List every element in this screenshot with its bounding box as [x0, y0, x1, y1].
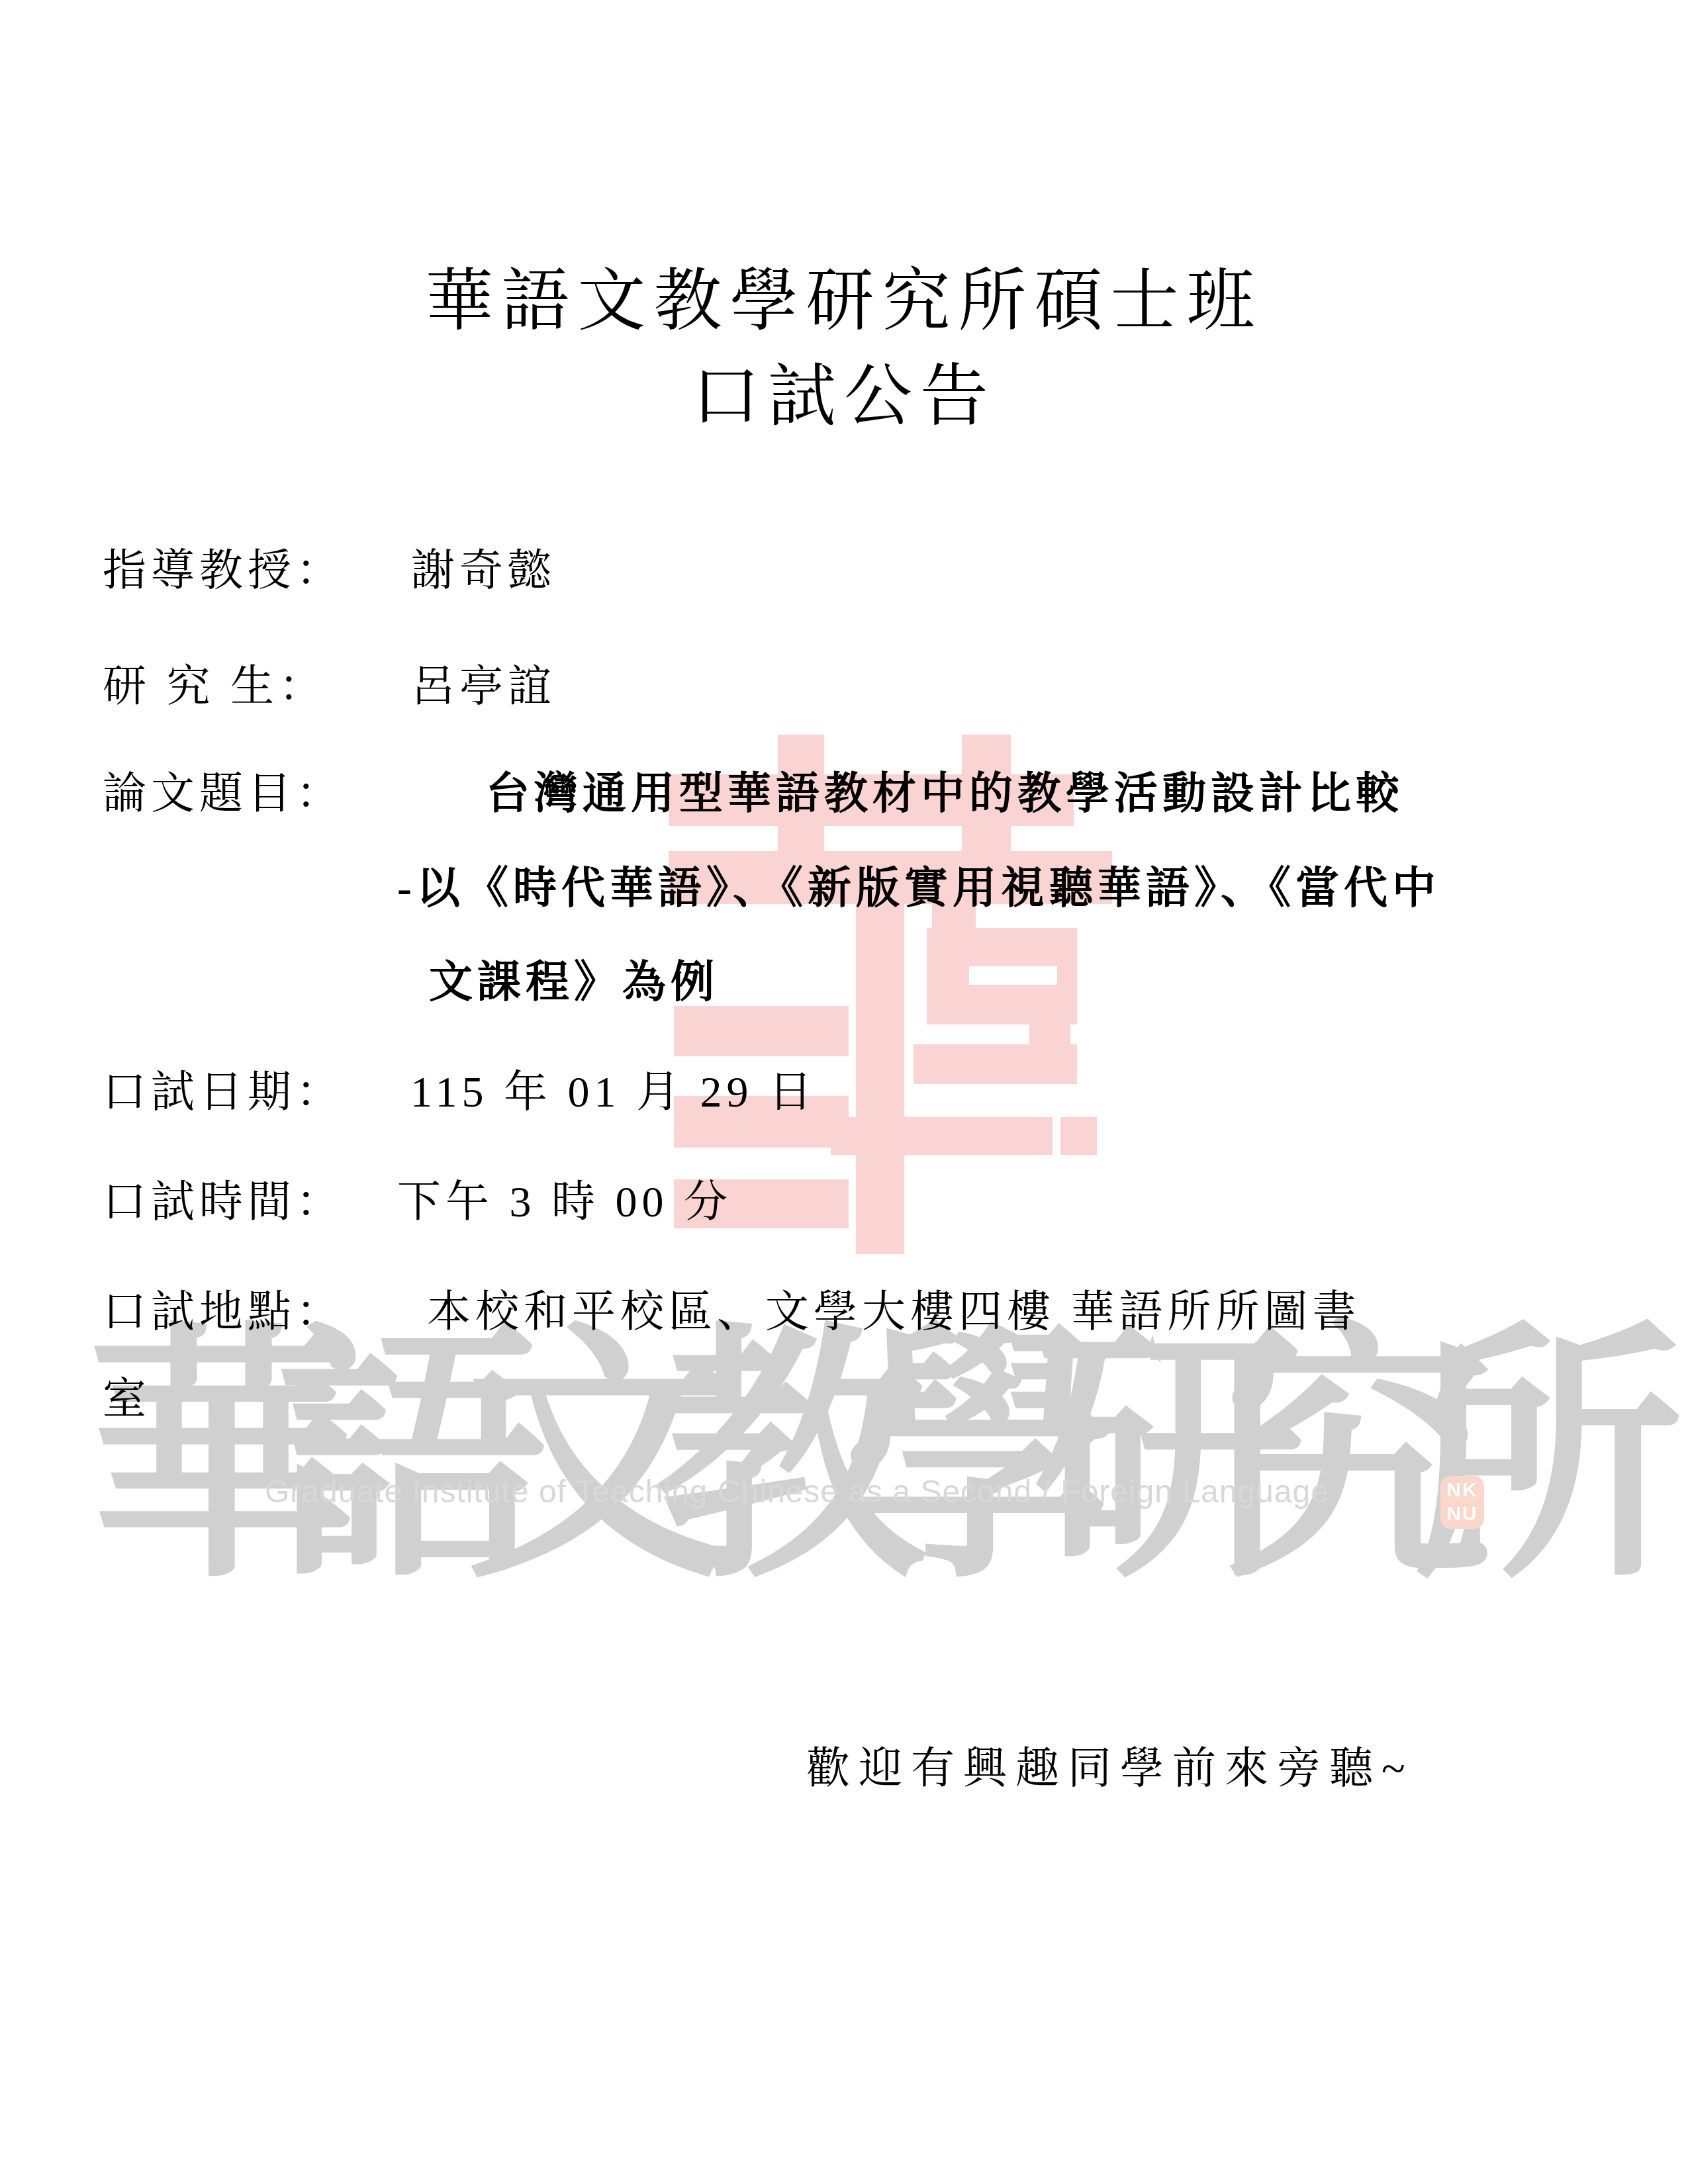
advisor-value: 謝奇懿	[411, 535, 556, 598]
page-title-line1: 華語文教學研究所碩士班	[0, 246, 1688, 344]
exam-location-value-line1: 本校和平校區、文學大樓四樓 華語所所圖書	[427, 1276, 1361, 1339]
exam-time-value: 下午 3 時 00 分	[397, 1166, 732, 1229]
nknu-badge-line1: NK	[1446, 1479, 1477, 1502]
announcement-page: 華語文教學研究所 Graduate Institute of Teaching …	[0, 0, 1688, 2184]
exam-location-value-line2: 室	[103, 1363, 151, 1426]
hua-logo-lower-square	[1060, 1117, 1097, 1155]
thesis-label: 論文題目：	[103, 758, 344, 821]
hua-logo-s-left-column	[927, 966, 969, 985]
student-value: 呂亭誼	[411, 651, 556, 713]
hua-logo-s-top-bar	[927, 928, 1077, 966]
closing-invitation: 歡迎有興趣同學前來旁聽~	[806, 1733, 1414, 1796]
hua-logo-lower-bar	[831, 1117, 1053, 1155]
thesis-title-line3: 文課程》為例	[429, 946, 719, 1009]
exam-date-label: 口試日期：	[103, 1056, 344, 1119]
hua-logo-s-right-column	[1029, 1024, 1070, 1044]
institute-english-watermark: Graduate Institute of Teaching Chinese a…	[265, 1473, 1329, 1512]
hua-logo-s-middle-bar	[927, 985, 1077, 1024]
hua-logo-s-right-sliver	[1057, 966, 1077, 985]
hua-logo-s-bottom-bar	[914, 1044, 1077, 1084]
page-title-line2: 口試公告	[0, 341, 1688, 439]
thesis-title-line2: -以《時代華語》、《新版實用視聽華語》、《當代中	[397, 852, 1440, 915]
exam-time-label: 口試時間：	[103, 1166, 344, 1229]
hua-logo-left-bar-1	[674, 1006, 849, 1056]
exam-date-value: 115 年 01 月 29 日	[410, 1056, 817, 1119]
student-label: 研 究 生：	[103, 651, 327, 713]
nknu-badge: NK NU	[1440, 1476, 1484, 1529]
institute-brush-watermark: 華語文教學研究所	[87, 1298, 1636, 1623]
thesis-title-line1: 台灣通用型華語教材中的教學活動設計比較	[486, 758, 1404, 821]
nknu-badge-line2: NU	[1446, 1502, 1477, 1526]
advisor-label: 指導教授：	[103, 535, 344, 598]
exam-location-label: 口試地點：	[103, 1276, 344, 1339]
